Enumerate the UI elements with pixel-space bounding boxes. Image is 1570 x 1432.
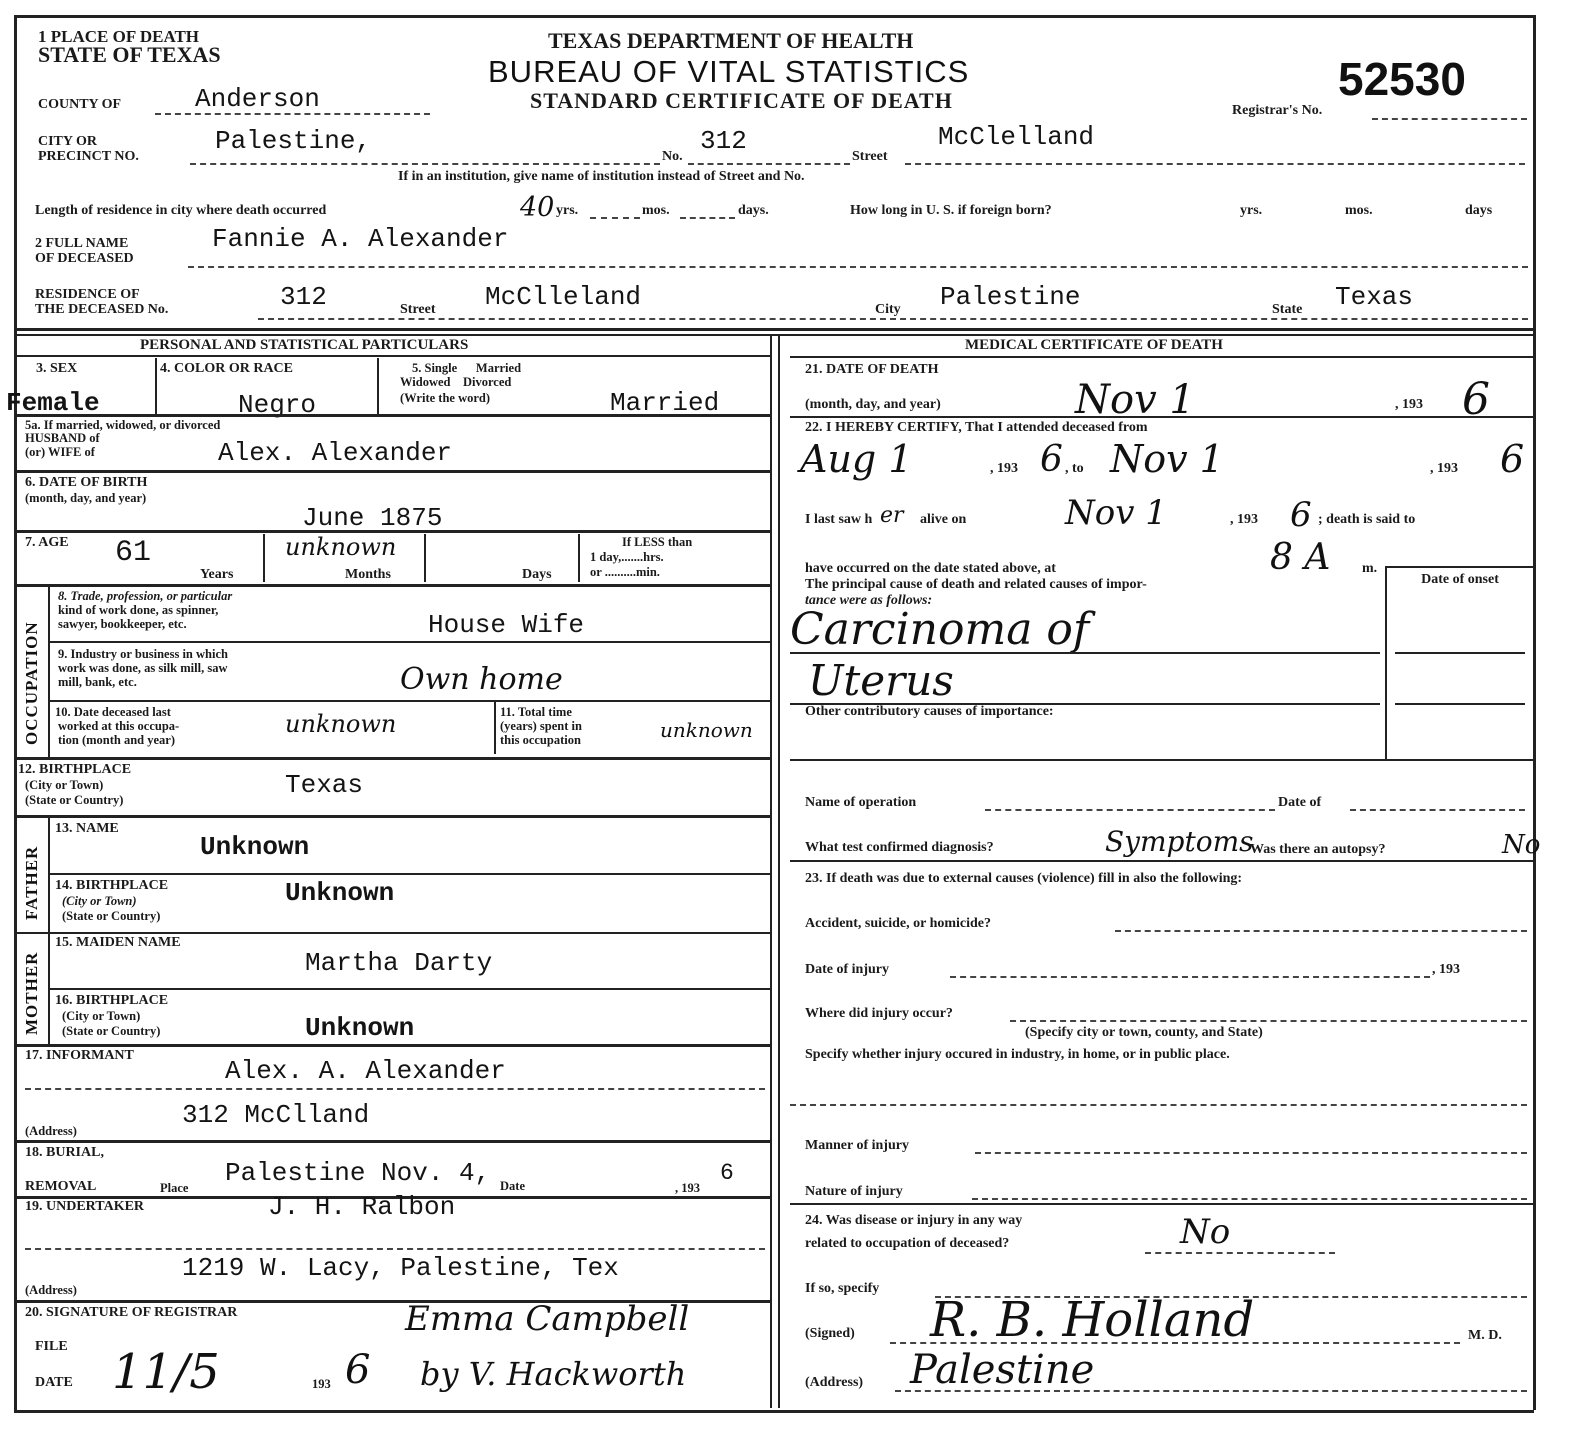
related-occupation-label: 24. Was disease or injury in any way — [805, 1214, 1022, 1228]
total-time-value: unknown — [660, 720, 753, 740]
operation-date-label: Date of — [1278, 796, 1321, 810]
spouse-value: Alex. Alexander — [218, 440, 452, 466]
street-value: McClelland — [938, 124, 1094, 150]
autopsy-value: No — [1502, 832, 1540, 858]
to-label: , to — [1065, 462, 1084, 476]
hrs-label: 1 day,.......hrs. — [590, 551, 664, 564]
dod-format-label: (month, day, and year) — [805, 398, 941, 412]
physician-address-label: (Address) — [805, 1376, 863, 1390]
street-number: 312 — [700, 128, 747, 154]
onset-label: Date of onset — [1415, 572, 1505, 588]
last-worked-label-2: worked at this occupa- — [58, 720, 179, 733]
min-label: or ..........min. — [590, 566, 660, 579]
burial-place-label: Place — [160, 1182, 188, 1195]
registrar-signature-label: 20. SIGNATURE OF REGISTRAR — [25, 1306, 237, 1320]
mother-side-label: MOTHER — [22, 952, 42, 1035]
md-label: M. D. — [1468, 1329, 1502, 1343]
registrar-number: 52530 — [1338, 52, 1466, 106]
cause-label: The principal cause of death and related… — [805, 578, 1147, 592]
residence-state: Texas — [1335, 284, 1413, 310]
res-state-label: State — [1272, 303, 1302, 317]
removal-label: REMOVAL — [25, 1180, 96, 1194]
deputy-signature: by V. Hackworth — [420, 1358, 686, 1390]
where-note: (Specify city or town, county, and State… — [1025, 1026, 1263, 1040]
yrs-label: yrs. — [556, 204, 578, 218]
occurred-label: have occurred on the date stated above, … — [805, 562, 1056, 576]
undertaker-name: J. H. Ralbon — [268, 1194, 455, 1220]
registrar-no-label: Registrar's No. — [1232, 104, 1322, 118]
trade-label: 8. Trade, profession, or particular — [58, 590, 232, 603]
file-label: FILE — [35, 1340, 68, 1354]
file-year: 6 — [345, 1350, 370, 1390]
frame-bottom — [14, 1410, 1534, 1413]
birthplace-state-label: (State or Country) — [25, 794, 123, 807]
center-divider — [770, 336, 772, 1408]
cause-line-1: Carcinoma of — [790, 608, 1089, 652]
personal-section-title: PERSONAL AND STATISTICAL PARTICULARS — [140, 338, 468, 353]
informant-label: 17. INFORMANT — [25, 1049, 134, 1063]
mother-birthplace-label: 16. BIRTHPLACE — [55, 994, 168, 1008]
sex-label: 3. SEX — [36, 362, 77, 376]
am-pm-label: m. — [1362, 562, 1377, 576]
industry-label: 9. Industry or business in which — [58, 648, 228, 661]
attended-to: Nov 1 — [1110, 440, 1224, 478]
spouse-label: 5a. If married, widowed, or divorced — [25, 419, 220, 432]
frame-right — [1533, 15, 1536, 1410]
birthplace-value: Texas — [285, 772, 363, 798]
injury-year-label: , 193 — [1432, 963, 1460, 977]
burial-date-label: Date — [500, 1180, 525, 1193]
husband-label: HUSBAND of — [25, 432, 100, 445]
county-label: COUNTY OF — [38, 98, 121, 112]
bureau-title: BUREAU OF VITAL STATISTICS — [488, 54, 969, 90]
test-label: What test confirmed diagnosis? — [805, 841, 994, 855]
industry-value: Own home — [400, 665, 563, 695]
dob-value: June 1875 — [302, 505, 442, 531]
months-label: Months — [345, 568, 391, 582]
total-time-label-2: (years) spent in — [500, 720, 582, 733]
autopsy-label: Was there an autopsy? — [1250, 843, 1385, 857]
dob-format-label: (month, day, and year) — [25, 492, 146, 505]
last-saw-date: Nov 1 — [1065, 496, 1167, 530]
total-time-label-3: this occupation — [500, 734, 581, 747]
time-of-death: 8 A — [1270, 540, 1330, 576]
mos-label: mos. — [642, 204, 670, 218]
related-occupation-value: No — [1180, 1215, 1230, 1249]
signed-label: (Signed) — [805, 1327, 855, 1341]
external-causes-label: 23. If death was due to external causes … — [805, 872, 1242, 886]
years-label: Years — [200, 568, 233, 582]
industry-label-3: mill, bank, etc. — [58, 676, 137, 689]
frame-left — [14, 15, 17, 1410]
total-time-label: 11. Total time — [500, 706, 572, 719]
specify-label: Specify whether injury occured in indust… — [805, 1048, 1230, 1062]
residence-city: Palestine — [940, 284, 1080, 310]
occupation-side-label: OCCUPATION — [22, 621, 42, 745]
father-birthplace-label: 14. BIRTHPLACE — [55, 879, 168, 893]
birthplace-label: 12. BIRTHPLACE — [18, 763, 131, 777]
last-worked-value: unknown — [285, 712, 396, 736]
last-worked-label-3: tion (month and year) — [58, 734, 175, 747]
file-year-label: 193 — [312, 1378, 331, 1391]
wife-label: (or) WIFE of — [25, 446, 95, 459]
residence-no-label: THE DECEASED No. — [35, 303, 168, 317]
city-label: CITY OR — [38, 135, 97, 149]
to-year: 6 — [1500, 440, 1524, 478]
no-label: No. — [662, 150, 683, 164]
injury-date-label: Date of injury — [805, 963, 889, 977]
physician-address: Palestine — [910, 1350, 1094, 1390]
burial-place: Palestine Nov. 4, — [225, 1160, 490, 1186]
industry-label-2: work was done, as silk mill, saw — [58, 662, 227, 675]
alive-on-label: alive on — [920, 513, 966, 527]
marital-label-3: (Write the word) — [400, 392, 490, 405]
age-months: unknown — [285, 535, 396, 559]
burial-year: 6 — [720, 1162, 734, 1185]
mother-birthplace: Unknown — [305, 1015, 414, 1041]
cert-title: STANDARD CERTIFICATE OF DEATH — [530, 90, 953, 112]
manner-label: Manner of injury — [805, 1139, 909, 1153]
precinct-label: PRECINCT NO. — [38, 150, 139, 164]
residence-length-label: Length of residence in city where death … — [35, 204, 326, 218]
mother-bp-state-label: (State or Country) — [62, 1025, 160, 1038]
death-said-label: ; death is said to — [1318, 513, 1415, 527]
deceased-name: Fannie A. Alexander — [212, 226, 508, 252]
operation-label: Name of operation — [805, 796, 916, 810]
age-years: 61 — [115, 538, 151, 568]
trade-value: House Wife — [428, 612, 584, 638]
days-label: days. — [738, 204, 769, 218]
last-saw-label: I last saw h — [805, 513, 872, 527]
informant-address: 312 McClland — [182, 1102, 369, 1128]
days-label: Days — [522, 568, 552, 582]
foreign-days-label: days — [1465, 204, 1492, 218]
less-than-label: If LESS than — [622, 536, 692, 549]
foreign-yrs-label: yrs. — [1240, 204, 1262, 218]
residence-number: 312 — [280, 284, 327, 310]
dept-title: TEXAS DEPARTMENT OF HEALTH — [548, 30, 913, 52]
father-bp-state-label: (State or Country) — [62, 910, 160, 923]
last-worked-label: 10. Date deceased last — [55, 706, 171, 719]
registrar-signature: Emma Campbell — [405, 1302, 689, 1336]
mother-name: Martha Darty — [305, 950, 492, 976]
cause-line-2: Uterus — [808, 660, 954, 702]
last-saw-year: 6 — [1290, 498, 1312, 532]
city-value: Palestine, — [215, 128, 371, 154]
to-year-label: , 193 — [1430, 462, 1458, 476]
undertaker-label: 19. UNDERTAKER — [25, 1200, 144, 1214]
test-value: Symptoms — [1105, 828, 1254, 856]
related-occupation-label-2: related to occupation of deceased? — [805, 1237, 1009, 1251]
undertaker-address: 1219 W. Lacy, Palestine, Tex — [182, 1255, 619, 1281]
informant-name: Alex. A. Alexander — [225, 1058, 506, 1084]
residence-label: RESIDENCE OF — [35, 288, 140, 302]
foreign-born-label: How long in U. S. if foreign born? — [850, 204, 1052, 218]
county-value: Anderson — [195, 86, 320, 112]
where-injury-label: Where did injury occur? — [805, 1007, 953, 1021]
contributory-label: Other contributory causes of importance: — [805, 705, 1054, 719]
of-deceased-label: OF DECEASED — [35, 252, 134, 266]
marital-label: 5. Single Married — [412, 362, 521, 375]
dod-label: 21. DATE OF DEATH — [805, 363, 939, 377]
marital-label-2: Widowed Divorced — [400, 376, 511, 389]
state-label: STATE OF TEXAS — [38, 44, 221, 66]
birthplace-city-label: (City or Town) — [25, 779, 103, 792]
father-name-label: 13. NAME — [55, 822, 119, 836]
if-so-label: If so, specify — [805, 1282, 879, 1296]
medical-section-title: MEDICAL CERTIFICATE OF DEATH — [965, 338, 1223, 353]
father-bp-city-label: (City or Town) — [62, 895, 137, 908]
nature-label: Nature of injury — [805, 1185, 903, 1199]
from-year-label: , 193 — [990, 462, 1018, 476]
file-date: 11/5 — [112, 1348, 220, 1396]
marital-value: Married — [610, 390, 719, 416]
residence-street: McClleland — [485, 284, 641, 310]
father-name: Unknown — [200, 834, 309, 860]
trade-label-2: kind of work done, as spinner, — [58, 604, 218, 617]
date-label: DATE — [35, 1376, 73, 1390]
sex-value: Female — [6, 390, 100, 416]
dob-label: 6. DATE OF BIRTH — [25, 476, 147, 490]
physician-signature: R. B. Holland — [930, 1296, 1254, 1344]
burial-label: 18. BURIAL, — [25, 1146, 104, 1160]
last-saw-pronoun: er — [880, 505, 904, 527]
undertaker-address-label: (Address) — [25, 1284, 77, 1297]
from-year: 6 — [1040, 442, 1063, 478]
burial-year-label: , 193 — [675, 1182, 700, 1195]
age-label: 7. AGE — [25, 536, 69, 550]
full-name-label: 2 FULL NAME — [35, 237, 128, 251]
street-label: Street — [852, 150, 888, 164]
father-birthplace: Unknown — [285, 880, 394, 906]
attended-from: Aug 1 — [800, 440, 913, 478]
foreign-mos-label: mos. — [1345, 204, 1373, 218]
res-city-label: City — [875, 303, 901, 317]
mother-bp-city-label: (City or Town) — [62, 1010, 140, 1023]
accident-label: Accident, suicide, or homicide? — [805, 917, 991, 931]
last-saw-year-label: , 193 — [1230, 513, 1258, 527]
father-side-label: FATHER — [22, 846, 42, 920]
informant-address-label: (Address) — [25, 1125, 77, 1138]
date-of-death: Nov 1 — [1075, 380, 1195, 420]
race-label: 4. COLOR OR RACE — [160, 362, 293, 376]
mother-name-label: 15. MAIDEN NAME — [55, 936, 181, 950]
res-street-label: Street — [400, 303, 436, 317]
dod-year-label: , 193 — [1395, 398, 1423, 412]
certify-label: 22. I HEREBY CERTIFY, That I attended de… — [805, 421, 1148, 435]
frame-top — [14, 15, 1534, 18]
residence-years: 40 — [520, 194, 554, 221]
trade-label-3: sawyer, bookkeeper, etc. — [58, 618, 187, 631]
institution-note: If in an institution, give name of insti… — [398, 170, 805, 184]
